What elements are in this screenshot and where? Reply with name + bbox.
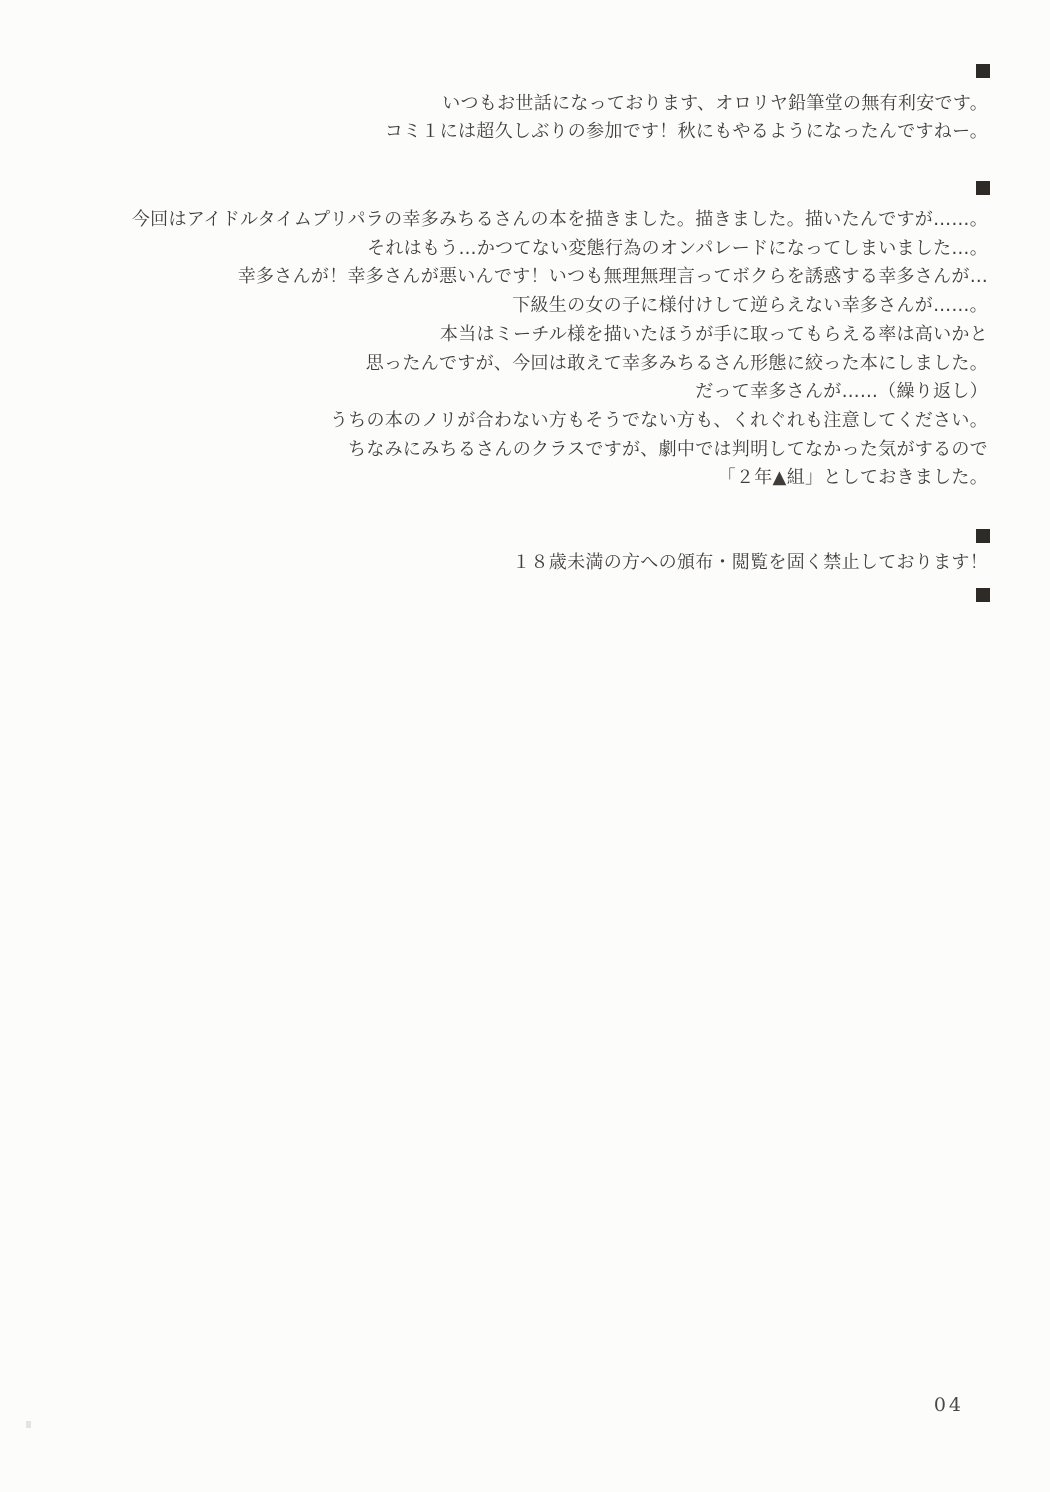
greeting-line: コミ１には超久しぶりの参加です！秋にもやるようになったんですねー。 — [0, 118, 988, 146]
afterword-paragraph: 今回はアイドルタイムプリパラの幸多みちるさんの本を描きました。描きました。描いた… — [0, 206, 988, 493]
scanned-afterword-page: { "page": { "background_color": "#fcfcfb… — [0, 0, 1050, 1492]
scan-artifact — [26, 1421, 31, 1428]
afterword-line: 思ったんですが、今回は敢えて幸多みちるさん形態に絞った本にしました。 — [0, 350, 988, 379]
greeting-paragraph: いつもお世話になっております、オロリヤ鉛筆堂の無有利安です。 コミ１には超久しぶ… — [0, 90, 988, 146]
greeting-line: いつもお世話になっております、オロリヤ鉛筆堂の無有利安です。 — [0, 90, 988, 118]
section-marker-icon — [976, 588, 990, 602]
afterword-line: 今回はアイドルタイムプリパラの幸多みちるさんの本を描きました。描きました。描いた… — [0, 206, 988, 235]
afterword-line: 本当はミーチル様を描いたほうが手に取ってもらえる率は高いかと — [0, 321, 988, 350]
section-marker-icon — [976, 181, 990, 195]
afterword-line: それはもう…かつてない変態行為のオンパレードになってしまいました…。 — [0, 235, 988, 264]
afterword-line: 「２年▲組」としておきました。 — [0, 464, 988, 493]
section-marker-icon — [976, 64, 990, 78]
age-restriction-line: １８歳未満の方への頒布・閲覧を固く禁止しております！ — [0, 549, 988, 577]
afterword-line: うちの本のノリが合わない方もそうでない方も、くれぐれも注意してください。 — [0, 407, 988, 436]
afterword-line: ちなみにみちるさんのクラスですが、劇中では判明してなかった気がするので — [0, 436, 988, 465]
page-number: 04 — [934, 1394, 964, 1416]
section-marker-icon — [976, 529, 990, 543]
afterword-line: 下級生の女の子に様付けして逆らえない幸多さんが……。 — [0, 292, 988, 321]
age-restriction-notice: １８歳未満の方への頒布・閲覧を固く禁止しております！ — [0, 549, 988, 577]
afterword-line: 幸多さんが！幸多さんが悪いんです！いつも無理無理言ってボクらを誘惑する幸多さんが… — [0, 263, 988, 292]
afterword-line: だって幸多さんが……（繰り返し） — [0, 378, 988, 407]
